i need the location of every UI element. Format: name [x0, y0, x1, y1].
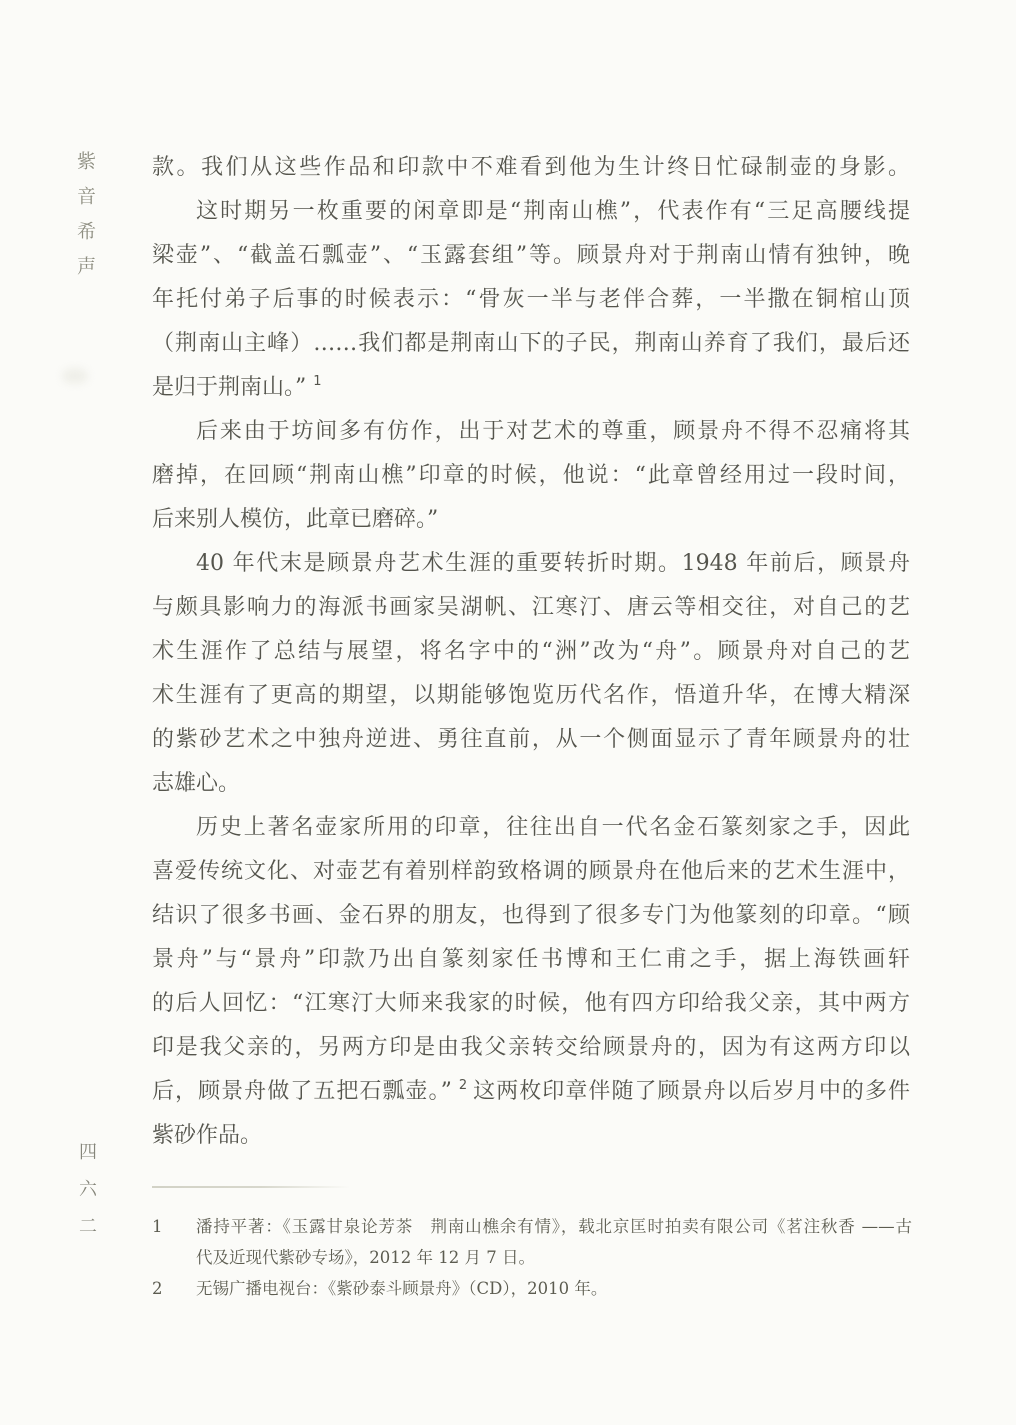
book-page: 紫音希声 四六二 款。我们从这些作品和印款中不难看到他为生计终日忙碌制壶的身影。… — [0, 0, 1016, 1425]
footnote-line: 潘持平著：《玉露甘泉论芳茶 荆南山樵余有情》，载北京匡时拍卖有限公司《茗注秋香 … — [196, 1211, 912, 1242]
text-line: 的后人回忆：“江寒汀大师来我家的时候，他有四方印给我父亲，其中两方 — [152, 982, 910, 1026]
text-line: 40 年代末是顾景舟艺术生涯的重要转折时期。1948 年前后，顾景舟 — [152, 542, 910, 586]
text-line: 款。我们从这些作品和印款中不难看到他为生计终日忙碌制壶的身影。 — [152, 146, 910, 190]
footnote-number: 2 — [152, 1273, 196, 1304]
footnote-text: 潘持平著：《玉露甘泉论芳茶 荆南山樵余有情》，载北京匡时拍卖有限公司《茗注秋香 … — [196, 1211, 912, 1273]
footnote-2: 2 无锡广播电视台：《紫砂泰斗顾景舟》（CD），2010 年。 — [152, 1273, 912, 1304]
text-line: 喜爱传统文化、对壶艺有着别样韵致格调的顾景舟在他后来的艺术生涯中， — [152, 850, 910, 894]
text-line: 磨掉，在回顾“荆南山樵”印章的时候，他说：“此章曾经用过一段时间， — [152, 454, 910, 498]
text-line: 与颇具影响力的海派书画家吴湖帆、江寒汀、唐云等相交往，对自己的艺 — [152, 586, 910, 630]
footnote-ref-2: 2 — [459, 1078, 467, 1093]
footnote-1: 1 潘持平著：《玉露甘泉论芳茶 荆南山樵余有情》，载北京匡时拍卖有限公司《茗注秋… — [152, 1211, 912, 1273]
text-line: 印是我父亲的，另两方印是由我父亲转交给顾景舟的，因为有这两方印以 — [152, 1026, 910, 1070]
footnote-ref-1: 1 — [313, 374, 321, 389]
text-line: 景舟”与“景舟”印款乃出自篆刻家任书博和王仁甫之手，据上海铁画轩 — [152, 938, 910, 982]
text-line: 后来别人模仿，此章已磨碎。” — [152, 498, 910, 542]
text-line: 梁壶”、“截盖石瓢壶”、“玉露套组”等。顾景舟对于荆南山情有独钟，晚 — [152, 234, 910, 278]
footnote-line: 代及近现代紫砂专场》，2012 年 12 月 7 日。 — [196, 1242, 912, 1273]
footnote-line: 无锡广播电视台：《紫砂泰斗顾景舟》（CD），2010 年。 — [196, 1273, 912, 1304]
text-line: 术生涯有了更高的期望，以期能够饱览历代名作，悟道升华，在博大精深 — [152, 674, 910, 718]
text-line: 结识了很多书画、金石界的朋友，也得到了很多专门为他篆刻的印章。“顾 — [152, 894, 910, 938]
text-line: 的紫砂艺术之中独舟逆进、勇往直前，从一个侧面显示了青年顾景舟的壮 — [152, 718, 910, 762]
text-line: 术生涯作了总结与展望，将名字中的“洲”改为“舟”。顾景舟对自己的艺 — [152, 630, 910, 674]
main-text: 款。我们从这些作品和印款中不难看到他为生计终日忙碌制壶的身影。 这时期另一枚重要… — [152, 146, 910, 1158]
footnotes: 1 潘持平著：《玉露甘泉论芳茶 荆南山樵余有情》，载北京匡时拍卖有限公司《茗注秋… — [152, 1211, 912, 1304]
book-title-vertical: 紫音希声 — [72, 151, 99, 291]
page-number-vertical: 四六二 — [73, 1142, 99, 1253]
footnote-divider — [152, 1186, 350, 1188]
footnote-number: 1 — [152, 1211, 196, 1242]
text-line: 后来由于坊间多有仿作，出于对艺术的尊重，顾景舟不得不忍痛将其 — [152, 410, 910, 454]
text-line: 这时期另一枚重要的闲章即是“荆南山樵”，代表作有“三足高腰线提 — [152, 190, 910, 234]
text-line: 紫砂作品。 — [152, 1114, 910, 1158]
text-line: 年托付弟子后事的时候表示：“骨灰一半与老伴合葬，一半撒在铜棺山顶 — [152, 278, 910, 322]
text-line: 历史上著名壶家所用的印章，往往出自一代名金石篆刻家之手，因此 — [152, 806, 910, 850]
footnote-text: 无锡广播电视台：《紫砂泰斗顾景舟》（CD），2010 年。 — [196, 1273, 912, 1304]
text-line: （荆南山主峰）……我们都是荆南山下的子民，荆南山养育了我们，最后还 — [152, 322, 910, 366]
text-line: 是归于荆南山。”1 — [152, 366, 910, 410]
text-line: 志雄心。 — [152, 762, 910, 806]
text-line: 后，顾景舟做了五把石瓢壶。”2这两枚印章伴随了顾景舟以后岁月中的多件 — [152, 1070, 910, 1114]
scan-smudge — [62, 368, 88, 384]
